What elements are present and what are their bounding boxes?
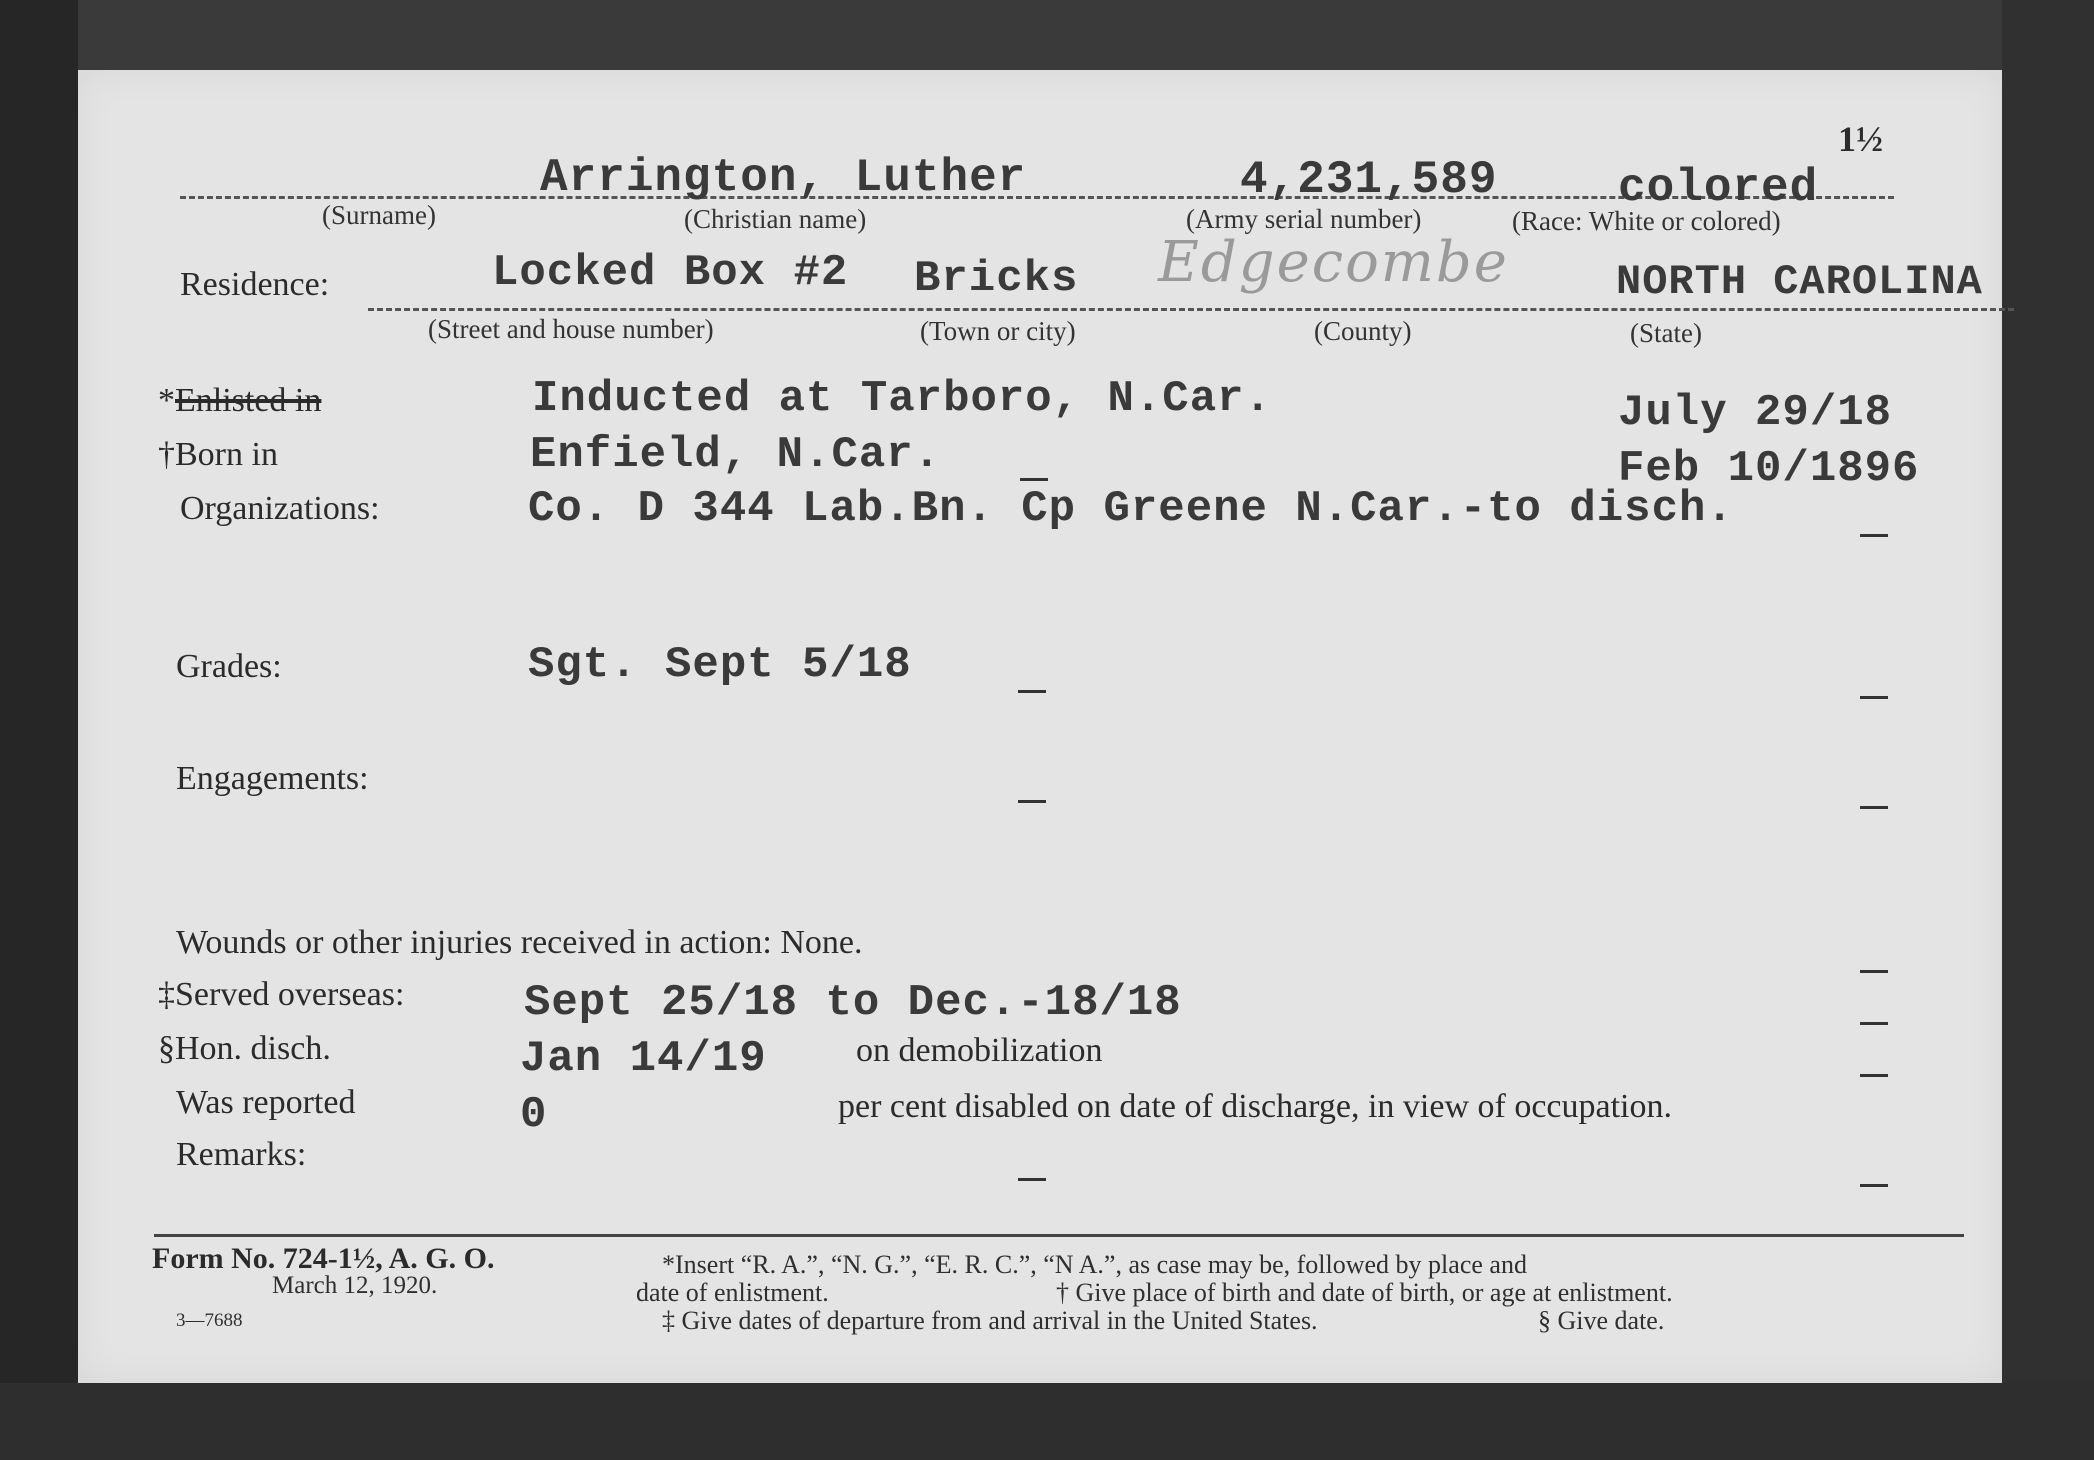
- footnote-overseas: ‡ Give dates of departure from and arriv…: [662, 1306, 1318, 1336]
- enlisted-label: Enlisted in: [175, 382, 321, 419]
- surname-caption: (Surname): [322, 200, 436, 231]
- form-number: Form No. 724-1½, A. G. O.: [152, 1242, 494, 1276]
- wounds-value: None.: [780, 924, 862, 961]
- footnote-birth: † Give place of birth and date of birth,…: [1056, 1278, 1673, 1308]
- town-caption: (Town or city): [920, 316, 1076, 347]
- blank-dash: [1018, 1178, 1046, 1181]
- footnote-insert-cont: date of enlistment.: [636, 1278, 829, 1308]
- blank-dash: [1860, 1184, 1888, 1187]
- discharge-row-label: §Hon. disch.: [158, 1030, 331, 1068]
- wounds-label: Wounds or other injuries received in act…: [176, 924, 772, 961]
- engagements-label: Engagements:: [176, 760, 369, 798]
- overseas-label: Served overseas:: [175, 976, 404, 1013]
- service-record-card: 1½ Arrington, Luther 4,231,589 colored (…: [78, 70, 2002, 1383]
- blank-dash: [1860, 806, 1888, 809]
- discharge-note: on demobilization: [856, 1032, 1102, 1070]
- double-dagger-marker: ‡: [158, 976, 175, 1013]
- residence-line-rule: [368, 308, 2014, 311]
- form-fraction: 1½: [1838, 118, 1883, 160]
- disability-note: per cent disabled on date of discharge, …: [838, 1088, 1672, 1126]
- form-date: March 12, 1920.: [272, 1272, 437, 1300]
- scan-background-right: [2002, 0, 2094, 1460]
- organizations-label: Organizations:: [180, 490, 380, 528]
- disability-label: Was reported: [176, 1084, 355, 1122]
- print-code: 3—7688: [176, 1310, 243, 1332]
- blank-dash: [1860, 696, 1888, 699]
- footer-rule: [154, 1234, 1964, 1237]
- overseas-row-label: ‡Served overseas:: [158, 976, 404, 1014]
- overseas-value: Sept 25/18 to Dec.-18/18: [524, 978, 1182, 1028]
- discharge-label: Hon. disch.: [175, 1030, 331, 1067]
- blank-dash: [1860, 970, 1888, 973]
- soldier-name: Arrington, Luther: [540, 152, 1026, 204]
- enlisted-date: July 29/18: [1618, 388, 1892, 438]
- residence-street: Locked Box #2: [492, 248, 848, 298]
- blank-dash: [1018, 690, 1046, 693]
- grades-label: Grades:: [176, 648, 282, 686]
- state-caption: (State): [1630, 318, 1702, 349]
- enlisted-row-label: *Enlisted in: [158, 382, 321, 420]
- footnote-insert: *Insert “R. A.”, “N. G.”, “E. R. C.”, “N…: [662, 1250, 1527, 1280]
- disability-percent: 0: [520, 1090, 547, 1140]
- christian-name-caption: (Christian name): [684, 204, 866, 235]
- born-value: Enfield, N.Car.: [530, 430, 941, 480]
- born-row-label: †Born in: [158, 436, 278, 474]
- serial-number: 4,231,589: [1240, 154, 1497, 206]
- residence-county-handwritten: Edgecombe: [1158, 230, 1509, 295]
- county-caption: (County): [1314, 316, 1412, 347]
- grades-value: Sgt. Sept 5/18: [528, 640, 912, 690]
- wounds-row: Wounds or other injuries received in act…: [176, 924, 863, 962]
- organizations-value: Co. D 344 Lab.Bn. Cp Greene N.Car.-to di…: [528, 484, 1734, 534]
- blank-dash: [1020, 478, 1048, 481]
- blank-dash: [1860, 1074, 1888, 1077]
- discharge-date: Jan 14/19: [520, 1034, 767, 1084]
- scan-background-bottom: [0, 1383, 2094, 1460]
- dagger-marker: †: [158, 436, 175, 473]
- residence-town: Bricks: [914, 254, 1078, 304]
- scan-background-left: [0, 0, 78, 1460]
- remarks-label: Remarks:: [176, 1136, 306, 1174]
- residence-label: Residence:: [180, 266, 329, 304]
- race-caption: (Race: White or colored): [1512, 206, 1781, 237]
- asterisk-marker: *: [158, 382, 175, 419]
- blank-dash: [1018, 800, 1046, 803]
- blank-dash: [1860, 534, 1888, 537]
- section-marker: §: [158, 1030, 175, 1067]
- footnote-discharge: § Give date.: [1538, 1306, 1664, 1336]
- street-caption: (Street and house number): [428, 314, 714, 345]
- enlisted-value: Inducted at Tarboro, N.Car.: [532, 374, 1272, 424]
- blank-dash: [1860, 1022, 1888, 1025]
- residence-state: NORTH CAROLINA: [1616, 258, 1983, 306]
- born-label: Born in: [175, 436, 278, 473]
